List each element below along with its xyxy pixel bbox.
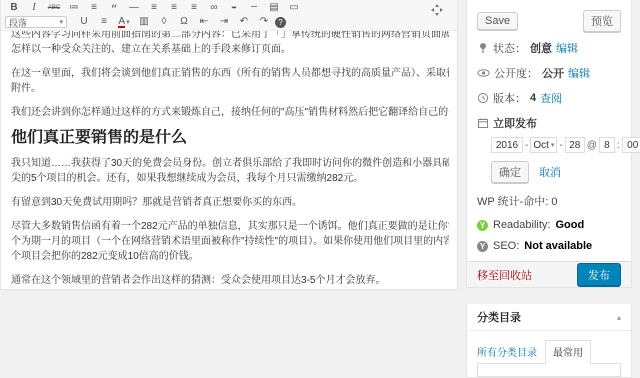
post-content-textarea[interactable]: 这些内容学习同样采用前面指南的第二部分内容：已采用了「」拿传统的硬性销售的网络营… [1,31,457,290]
status-row: 状态： 创意 编辑 [477,40,621,56]
editor-toolbar: BIABC≔≡“—≡≡≡∞∞╌▤▭ 段落 ▾ U≡ A ▾ ▥◊Ω⇤⇥↶↷ ? [1,0,457,31]
content-line: 尖的5个项目的机会。还有，如果我想继续成为会员，我每个月只需缴纳282元。 [11,171,449,186]
outdent-button[interactable]: ⇤ [195,16,213,28]
content-paragraph: 我只知道……我获得了30天的免费会员身份。创立者俱乐部给了我即时访问你的微件创造… [11,156,449,186]
calendar-icon [477,117,489,129]
special-character-button[interactable]: Ω [175,16,193,28]
paragraph-format-select[interactable]: 段落 ▾ [5,16,67,28]
readability-label: Readability: [493,219,550,231]
content-line: 个为期一月的项目（一个在网络营销术语里面被称作"持续性"的项目）。如果你使用他们… [11,234,449,249]
italic-button[interactable]: I [25,2,43,14]
day-input[interactable] [565,137,585,153]
indent-button[interactable]: ⇥ [215,16,233,28]
undo-button[interactable]: ↶ [235,16,253,28]
read-more-button[interactable]: ╌ [245,2,263,14]
schedule-label: 立即发布 [493,115,537,131]
redo-button[interactable]: ↷ [255,16,273,28]
status-edit-link[interactable]: 编辑 [556,40,578,56]
publish-metabox: Save 预览 状态： 创意 编辑 公开度： 公开 编辑 [466,0,632,288]
content-paragraph: 这些内容学习同样采用前面指南的第二部分内容：已采用了「」拿传统的硬性销售的网络营… [11,31,449,57]
content-line: 尽管大多数销售信函有着一个282元产品的单独信息，其实那只是一个诱饵。他们真正要… [11,219,449,234]
month-value: Oct [533,140,549,151]
schedule-date-row: - Oct ▾ - @ : [491,137,621,153]
question-mark-icon: ? [278,18,282,27]
ok-button[interactable]: 确定 [491,161,529,183]
content-line: 我们还会讲到你怎样通过这样的方式来锻炼自己，接纳任何的"高压"销售材料然后把它翻… [11,105,449,120]
toolbar-toggle-button[interactable]: ▤ [265,2,283,14]
content-line: 我只知道……我获得了30天的免费会员身份。创立者俱乐部给了我即时访问你的微件创造… [11,156,449,171]
toolbar-row2-group-b: ▥◊Ω⇤⇥↶↷ [135,16,273,28]
content-line: 怎样以一种受众关注的、建立在关系基础上的手段来修订页面。 [11,42,449,57]
chevron-down-icon: ▾ [126,18,130,28]
content-line: 通常在这个领域里的营销者会作出这样的猜测：受众会使用项目达3-5个月才会放弃。 [11,273,449,288]
fullscreen-button[interactable]: ▭ [285,2,303,14]
justify-button[interactable]: ≡ [95,16,113,28]
date-separator: - [525,140,528,151]
hour-input[interactable] [599,137,615,153]
preview-button[interactable]: 预览 [583,10,621,32]
unlink-button[interactable]: ∞ [225,2,243,14]
clear-formatting-button[interactable]: ◊ [155,16,173,28]
visibility-value: 公开 [542,65,564,81]
distraction-free-button[interactable] [431,3,443,21]
publish-sidebar: Save 预览 状态： 创意 编辑 公开度： 公开 编辑 [466,0,632,290]
seo-value: Not available [524,240,592,252]
text-color-a-icon: A [118,17,125,28]
horizontal-rule-button[interactable]: — [125,2,143,14]
visibility-edit-link[interactable]: 编辑 [568,65,590,81]
align-center-button[interactable]: ≡ [165,2,183,14]
content-paragraph: 我们还会讲到你怎样通过这样的方式来锻炼自己，接纳任何的"高压"销售材料然后把它翻… [11,105,449,120]
seo-label: SEO: [493,240,519,252]
toolbar-row-2: 段落 ▾ U≡ A ▾ ▥◊Ω⇤⇥↶↷ ? [5,15,453,29]
time-colon: : [617,140,620,151]
content-line: 个项目会把你的282元变成10倍高的价钱。 [11,249,449,264]
date-separator: - [559,140,562,151]
publish-button[interactable]: 发布 [577,263,621,287]
bold-button[interactable]: B [5,2,23,14]
readability-row: Y Readability: Good [477,219,621,231]
revisions-value: 4 [530,92,536,104]
link-button[interactable]: ∞ [205,2,223,14]
strikethrough-button[interactable]: ABC [45,2,63,14]
expand-arrows-icon [431,4,443,16]
content-paragraph: 有留意到30天免费试用期吗？那就是营销者真正想要你买的东西。 [11,195,449,210]
align-left-button[interactable]: ≡ [145,2,163,14]
status-label: 状态： [493,40,526,56]
revisions-row: 版本： 4 查阅 [477,90,621,106]
blockquote-button[interactable]: “ [105,2,123,14]
clock-revisions-icon [477,92,489,104]
underline-button[interactable]: U [75,16,93,28]
save-draft-button[interactable]: Save [477,12,518,30]
text-color-button[interactable]: A ▾ [115,16,133,28]
content-heading: 他们真正要销售的是什么 [11,129,449,147]
month-select[interactable]: Oct ▾ [530,137,557,153]
revisions-browse-link[interactable]: 查阅 [540,90,562,106]
eye-icon [477,67,490,79]
cancel-link[interactable]: 取消 [539,164,561,180]
toolbar-row-1: BIABC≔≡“—≡≡≡∞∞╌▤▭ [5,1,453,15]
content-line: 有留意到30天免费试用期吗？那就是营销者真正想要你买的东西。 [11,195,449,210]
bulleted-list-button[interactable]: ≔ [65,2,83,14]
readability-value: Good [555,219,584,231]
move-to-trash-link[interactable]: 移至回收站 [477,267,532,283]
minute-input[interactable] [622,137,640,153]
numbered-list-button[interactable]: ≡ [85,2,103,14]
toolbar-row2-group-a: U≡ [75,16,113,28]
yoast-readability-icon: Y [477,220,488,231]
content-paragraph: 通常在这个领域里的营销者会作出这样的猜测：受众会使用项目达3-5个月才会放弃。 [11,273,449,288]
schedule-actions-row: 确定 取消 [491,161,621,183]
content-paragraph: 在这一章里面，我们将会谈到他们真正销售的东西（所有的销售人员都想寻找的高质量产品… [11,66,449,96]
pin-status-icon [477,42,489,54]
year-input[interactable] [491,137,523,153]
revisions-label: 版本： [493,90,526,106]
at-symbol: @ [587,140,597,151]
content-line: 这些内容学习同样采用前面指南的第二部分内容：已采用了「」拿传统的硬性销售的网络营… [11,31,449,42]
help-button[interactable]: ? [275,17,286,28]
status-value: 创意 [530,40,552,56]
content-paragraph: 尽管大多数销售信函有着一个282元产品的单独信息，其实那只是一个诱饵。他们真正要… [11,219,449,264]
publishing-actions: 移至回收站 发布 [467,261,631,287]
yoast-seo-icon: Y [477,241,488,252]
visibility-label: 公开度： [494,65,538,81]
align-right-button[interactable]: ≡ [185,2,203,14]
wp-statistics-row: WP 统计-命中: 0 [477,193,621,209]
content-line: 附件。 [11,81,449,96]
paste-as-text-button[interactable]: ▥ [135,16,153,28]
visibility-row: 公开度： 公开 编辑 [477,65,621,81]
schedule-row: 立即发布 [477,115,621,131]
chevron-down-icon: ▾ [59,18,63,26]
paragraph-format-label: 段落 [9,16,27,29]
seo-row: Y SEO: Not available [477,240,621,252]
content-line: 他们真正要销售的是什么 [11,129,449,147]
post-editor: BIABC≔≡“—≡≡≡∞∞╌▤▭ 段落 ▾ U≡ A ▾ ▥◊Ω⇤⇥↶↷ ? … [0,0,458,290]
chevron-down-icon: ▾ [551,141,555,149]
content-line: 在这一章里面，我们将会谈到他们真正销售的东西（所有的销售人员都想寻找的高质量产品… [11,66,449,81]
